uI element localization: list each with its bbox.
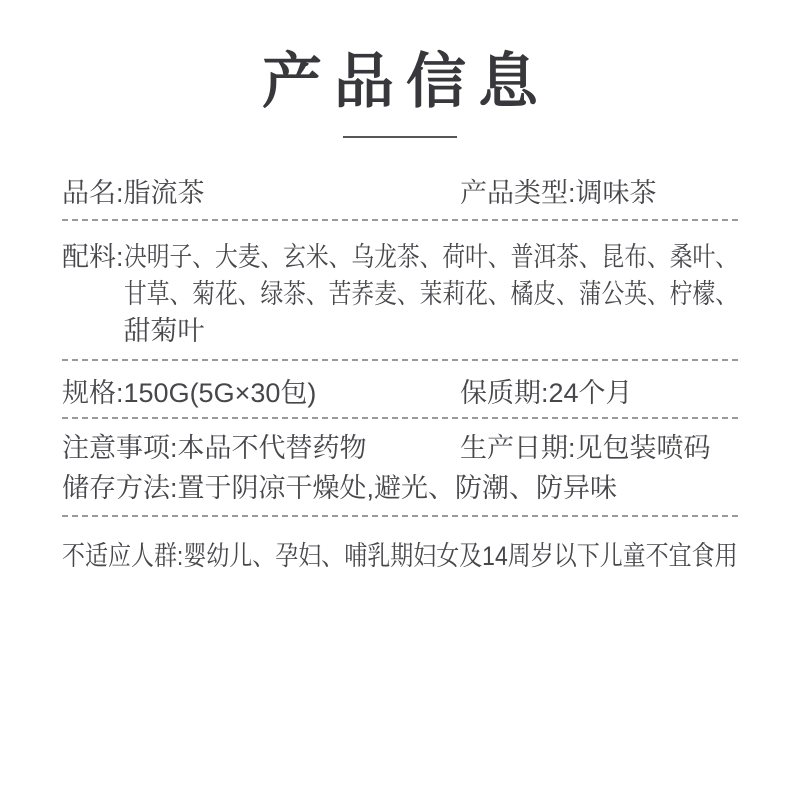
product-info-sheet: 产品信息 品名:脂流茶 产品类型:调味茶 配料: 决明子、大麦、玄米、乌龙茶、荷… <box>0 0 800 800</box>
row-basic-info: 品名:脂流茶 产品类型:调味茶 <box>62 178 738 221</box>
shelf-life-label: 保质期: <box>460 378 549 408</box>
ingredients-line: 决明子、大麦、玄米、乌龙茶、荷叶、普洱茶、昆布、桑叶、 <box>124 239 642 276</box>
product-name-label: 品名: <box>62 178 124 208</box>
notes-line-1: 注意事项:本品不代替药物 生产日期:见包装喷码 <box>62 433 738 463</box>
unsuitable-group-value: 婴幼儿、孕妇、哺乳期妇女及14周岁以下儿童不宜食用 <box>183 541 737 571</box>
ingredients-line: 甜菊叶 <box>124 313 738 350</box>
ingredients-label: 配料: <box>62 239 124 350</box>
unsuitable-group-field: 不适应人群:婴幼儿、孕妇、哺乳期妇女及14周岁以下儿童不宜食用 <box>62 541 638 571</box>
storage-field: 储存方法:置于阴凉干燥处,避光、防潮、防异味 <box>62 473 738 503</box>
product-type-field: 产品类型:调味茶 <box>460 178 738 208</box>
unsuitable-group-label: 不适应人群: <box>62 541 183 571</box>
product-name-value: 脂流茶 <box>124 178 205 208</box>
production-date-value: 见包装喷码 <box>576 433 711 463</box>
row-spec: 规格:150G(5G×30包) 保质期:24个月 <box>62 361 738 419</box>
product-name-field: 品名:脂流茶 <box>62 178 460 208</box>
shelf-life-value: 24个月 <box>549 378 633 408</box>
spec-field: 规格:150G(5G×30包) <box>62 378 460 408</box>
precautions-value: 本品不代替药物 <box>178 433 367 463</box>
ingredients-value: 决明子、大麦、玄米、乌龙茶、荷叶、普洱茶、昆布、桑叶、 甘草、菊花、绿茶、苦荞麦… <box>124 239 738 350</box>
spec-value: 150G(5G×30包) <box>124 378 317 408</box>
row-ingredients: 配料: 决明子、大麦、玄米、乌龙茶、荷叶、普洱茶、昆布、桑叶、 甘草、菊花、绿茶… <box>62 221 738 361</box>
shelf-life-field: 保质期:24个月 <box>460 378 738 408</box>
product-info-table: 品名:脂流茶 产品类型:调味茶 配料: 决明子、大麦、玄米、乌龙茶、荷叶、普洱茶… <box>62 178 738 571</box>
precautions-field: 注意事项:本品不代替药物 <box>62 433 460 463</box>
production-date-field: 生产日期:见包装喷码 <box>460 433 738 463</box>
spec-label: 规格: <box>62 378 124 408</box>
product-type-label: 产品类型: <box>460 178 576 208</box>
storage-label: 储存方法: <box>62 473 178 503</box>
storage-value: 置于阴凉干燥处,避光、防潮、防异味 <box>178 473 618 503</box>
page-title: 产品信息 <box>0 0 800 114</box>
precautions-label: 注意事项: <box>62 433 178 463</box>
row-notes: 注意事项:本品不代替药物 生产日期:见包装喷码 储存方法:置于阴凉干燥处,避光、… <box>62 419 738 517</box>
title-underline-decoration <box>343 136 457 138</box>
row-unsuitable-group: 不适应人群:婴幼儿、孕妇、哺乳期妇女及14周岁以下儿童不宜食用 <box>62 517 738 571</box>
product-type-value: 调味茶 <box>576 178 657 208</box>
ingredients-line: 甘草、菊花、绿茶、苦荞麦、茉莉花、橘皮、蒲公英、柠檬、 <box>124 276 642 313</box>
production-date-label: 生产日期: <box>460 433 576 463</box>
